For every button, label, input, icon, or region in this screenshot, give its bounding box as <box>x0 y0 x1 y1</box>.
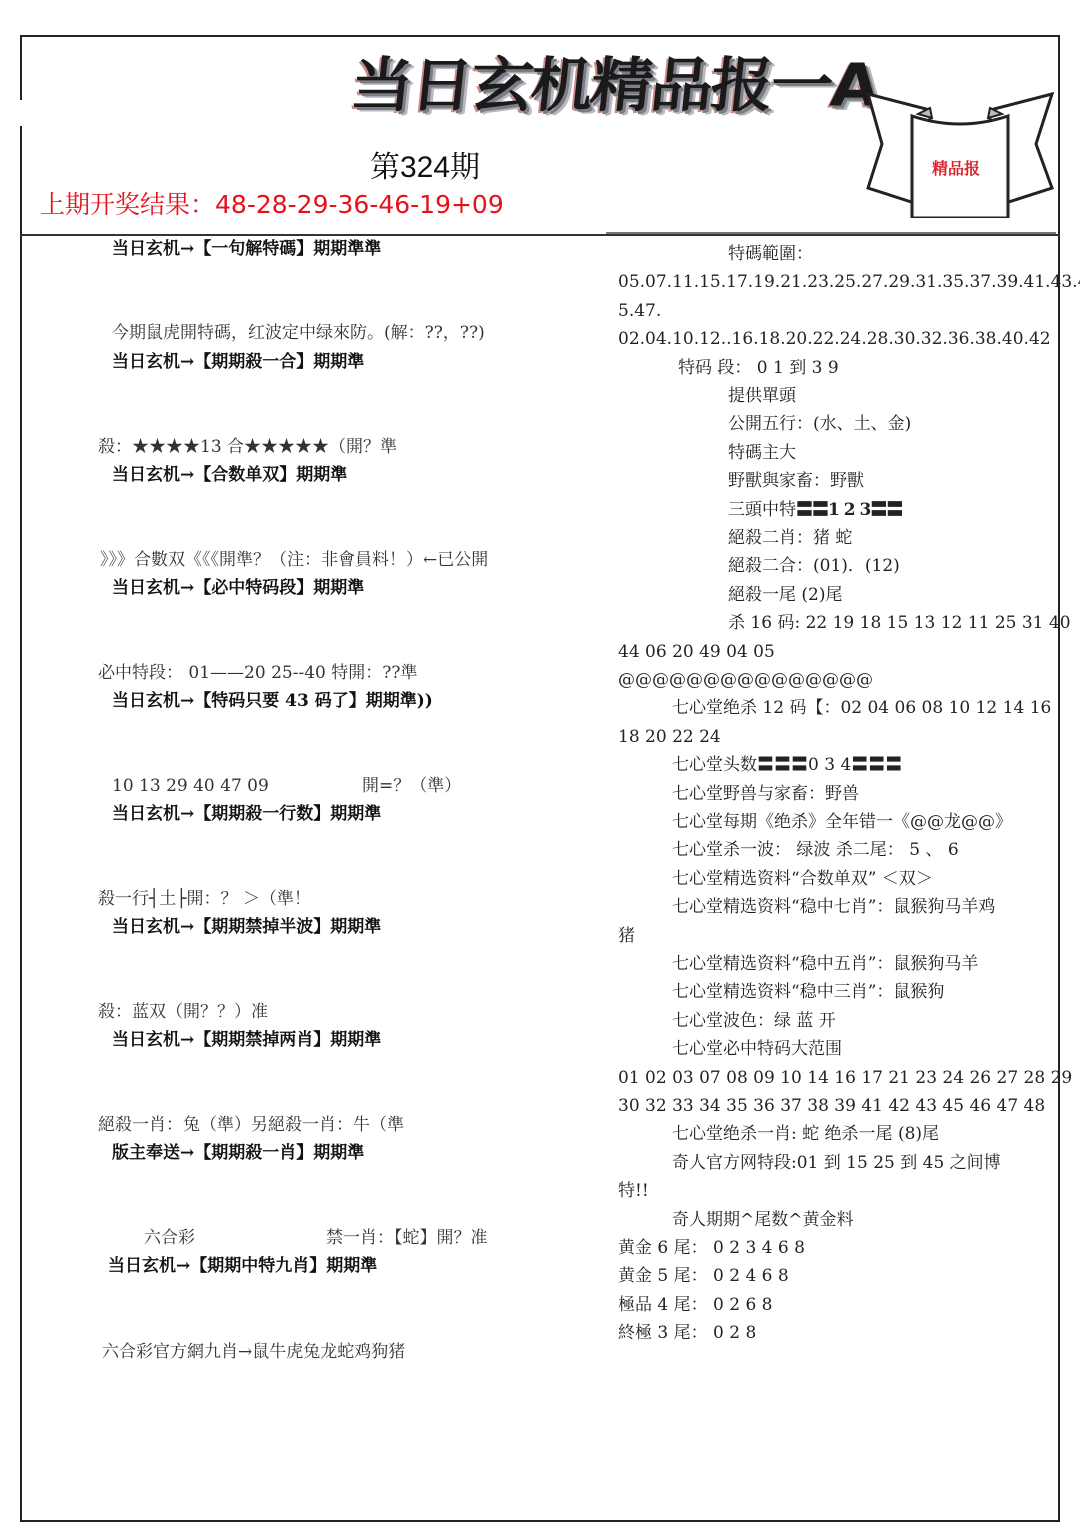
section-detail: 10 13 29 40 47 09 <box>112 775 269 797</box>
right-line: 三頭中特〓〓1 2 3〓〓 <box>728 499 902 521</box>
section-detail-right: 禁一肖：【蛇】開？准 <box>326 1227 488 1249</box>
right-line: 七心堂必中特码大范围 <box>672 1038 842 1060</box>
right-line: 杀 16 码: 22 19 18 15 13 12 11 25 31 40 <box>728 612 1071 634</box>
right-line: 七心堂波色：绿 蓝 开 <box>672 1010 836 1032</box>
section-heading: 版主奉送→【期期殺一肖】期期準 <box>112 1142 364 1164</box>
section-detail: 絕殺一肖：兔（準）另絕殺一肖：牛（準 <box>98 1114 404 1136</box>
last-result: 上期开奖结果：48-28-29-36-46-19+09 <box>40 185 504 221</box>
right-line-text: 三頭中特 <box>728 500 796 520</box>
header-divider <box>20 234 1060 236</box>
section-heading: 当日玄机→【期期禁掉半波】期期準 <box>112 916 381 938</box>
section-detail: 》》》合數双《《《開準？（注：非會員料！）←已公開 <box>100 549 488 571</box>
bars-suffix: 〓〓1 2 3〓〓 <box>796 500 902 520</box>
right-line: 特碼主大 <box>728 442 796 464</box>
right-line: 七心堂每期《绝杀》全年错一《@@龙@@》 <box>672 811 1012 833</box>
right-line: 特!! <box>618 1180 649 1202</box>
section-detail: 必中特段： 01——20 25--40 特開：??準 <box>98 662 417 684</box>
right-line: 七心堂绝杀一肖: 蛇 绝杀一尾 (8)尾 <box>672 1123 939 1145</box>
ribbon-badge-label: 精品报 <box>932 156 980 179</box>
right-line: 七心堂头数〓〓〓0 3 4〓〓〓 <box>672 754 902 776</box>
right-line: 02.04.10.12..16.18.20.22.24.28.30.32.36.… <box>618 328 1051 350</box>
right-line: 七心堂精选资料“稳中三肖”：鼠猴狗 <box>672 981 944 1003</box>
right-line: 絕殺一尾 (2)尾 <box>728 584 842 606</box>
right-line: 絕殺二合：(01)．(12) <box>728 555 900 577</box>
right-line: 44 06 20 49 04 05 <box>618 641 775 663</box>
right-line: 野獸與家畜：野獸 <box>728 470 864 492</box>
section-detail-right: 開=？（準） <box>362 775 461 797</box>
section-heading: 当日玄机→【期期禁掉两肖】期期準 <box>112 1029 381 1051</box>
header-divider-right <box>606 232 1056 234</box>
right-line: 5.47. <box>618 300 661 322</box>
right-line: 七心堂绝杀 12 码【：02 04 06 08 10 12 14 16 <box>672 697 1051 719</box>
right-line: @@@@@@@@@@@@@@@ <box>618 669 873 691</box>
banner-title: 当日玄机精品报一A <box>348 38 882 114</box>
right-line: 30 32 33 34 35 36 37 38 39 41 42 43 45 4… <box>618 1095 1045 1117</box>
right-line: 七心堂精选资料“合数单双” ＜双＞ <box>672 868 933 890</box>
right-line: 特码 段： 0 1 到 3 9 <box>678 357 839 379</box>
last-result-numbers: 48-28-29-36-46-19+09 <box>215 190 504 219</box>
section-heading: 当日玄机→【特码只要 43 码了】期期準)) <box>112 690 433 712</box>
right-line: 猪 <box>618 925 635 947</box>
section-heading: 当日玄机→【期期殺一合】期期準 <box>112 351 364 373</box>
issue-number: 第324期 <box>370 142 480 186</box>
section-heading: 当日玄机→【一句解特碼】期期準準 <box>112 238 381 260</box>
right-line: 05.07.11.15.17.19.21.23.25.27.29.31.35.3… <box>618 271 1080 293</box>
right-line: 奇人期期^尾数^黄金料 <box>672 1209 854 1231</box>
section-detail: 殺：★★★★13 合★★★★★（開？準 <box>98 436 397 458</box>
right-line: 18 20 22 24 <box>618 726 721 748</box>
section-detail: 六合彩 <box>144 1227 195 1249</box>
section-detail: 殺：蓝双（開？？）准 <box>98 1001 268 1023</box>
right-line: 黄金 5 尾： 0 2 4 6 8 <box>618 1265 789 1287</box>
section-heading: 当日玄机→【期期中特九肖】期期準 <box>108 1255 377 1277</box>
section-heading: 当日玄机→【期期殺一行数】期期準 <box>112 803 381 825</box>
ribbon-badge-icon <box>860 88 1060 218</box>
footer-line: 六合彩官方網九肖→鼠牛虎兔龙蛇鸡狗猪 <box>102 1341 405 1363</box>
section-heading: 当日玄机→【必中特码段】期期準 <box>112 577 364 599</box>
right-line: 特碼範圍： <box>728 243 813 265</box>
right-line: 七心堂精选资料“稳中五肖”：鼠猴狗马羊 <box>672 953 978 975</box>
section-detail: 今期鼠虎開特碼，红波定中绿來防。(解：??，??) <box>112 322 485 344</box>
right-line: 七心堂精选资料“稳中七肖”：鼠猴狗马羊鸡 <box>672 896 995 918</box>
section-heading: 当日玄机→【合数单双】期期準 <box>112 464 347 486</box>
right-line: 奇人官方网特段:01 到 15 25 到 45 之间博 <box>672 1152 1001 1174</box>
right-line: 絕殺二肖：猪 蛇 <box>728 527 852 549</box>
right-line: 極品 4 尾： 0 2 6 8 <box>618 1294 773 1316</box>
right-line: 終極 3 尾： 0 2 8 <box>618 1322 756 1344</box>
right-line: 提供單頭 <box>728 385 796 407</box>
right-line: 七心堂杀一波： 绿波 杀二尾： 5 、 6 <box>672 839 959 861</box>
right-line: 01 02 03 07 08 09 10 14 16 17 21 23 24 2… <box>618 1067 1072 1089</box>
section-detail: 殺一行┤土├開：？ ＞（準！ <box>98 888 311 910</box>
right-line: 七心堂野兽与家畜：野兽 <box>672 783 859 805</box>
right-line: 公開五行：(水、土、金) <box>728 413 911 435</box>
right-line: 黄金 6 尾： 0 2 3 4 6 8 <box>618 1237 805 1259</box>
frame-gap <box>18 100 24 126</box>
last-result-label: 上期开奖结果： <box>40 190 215 219</box>
